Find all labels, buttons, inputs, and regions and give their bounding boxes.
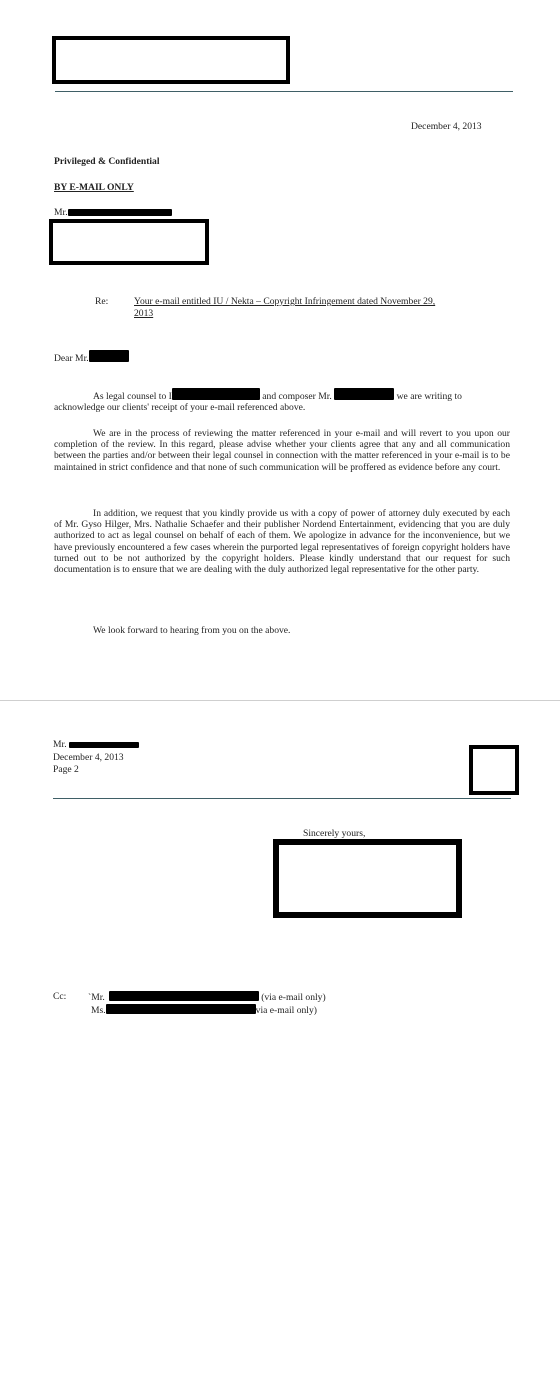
page2-header-name: Mr. <box>53 739 139 752</box>
privileged-notice: Privileged & Confidential <box>54 156 160 167</box>
page2-header-rule <box>53 798 511 799</box>
redacted-addressee-name <box>68 209 172 216</box>
cc-list: `Mr. (via e-mail only) Ms.via e-mail onl… <box>88 991 326 1017</box>
redacted-signature-block <box>273 839 462 918</box>
salutation-text: Dear Mr. <box>54 353 89 364</box>
cc-item: Ms.via e-mail only) <box>88 1004 326 1017</box>
redacted-salutation-name <box>89 350 129 362</box>
redacted-cc-name <box>109 991 259 1001</box>
paragraph-1: As legal counsel to I and composer Mr. w… <box>54 388 510 413</box>
salutation: Dear Mr. <box>54 350 129 364</box>
redacted-composer-name <box>334 388 394 400</box>
redacted-page2-logo <box>469 745 519 795</box>
paragraph-4: We look forward to hearing from you on t… <box>54 625 510 636</box>
re-subject-line2: 2013 <box>134 308 435 320</box>
delivery-method: BY E-MAIL ONLY <box>54 182 134 193</box>
re-subject-line1: Your e-mail entitled IU / Nekta – Copyri… <box>134 296 435 308</box>
page2-header: Mr. December 4, 2013 Page 2 <box>53 739 139 777</box>
re-label: Re: <box>95 296 108 307</box>
closing: Sincerely yours, <box>303 828 365 839</box>
re-subject: Your e-mail entitled IU / Nekta – Copyri… <box>134 296 435 319</box>
redacted-client-name <box>172 388 260 400</box>
addressee-line: Mr. <box>54 207 172 218</box>
redacted-cc-name <box>106 1004 256 1014</box>
page2-header-date: December 4, 2013 <box>53 752 139 765</box>
redacted-letterhead-logo <box>52 36 290 84</box>
cc-item: `Mr. (via e-mail only) <box>88 991 326 1004</box>
letterhead-rule <box>55 91 513 92</box>
redacted-header-name <box>69 742 139 748</box>
addressee-prefix: Mr. <box>54 207 68 218</box>
letter-date: December 4, 2013 <box>411 121 482 132</box>
redacted-address-block <box>49 219 209 265</box>
page-separator <box>0 700 560 701</box>
paragraph-2: We are in the process of reviewing the m… <box>54 428 510 473</box>
paragraph-3: In addition, we request that you kindly … <box>54 508 510 575</box>
page2-header-page: Page 2 <box>53 764 139 777</box>
cc-label: Cc: <box>53 991 66 1002</box>
